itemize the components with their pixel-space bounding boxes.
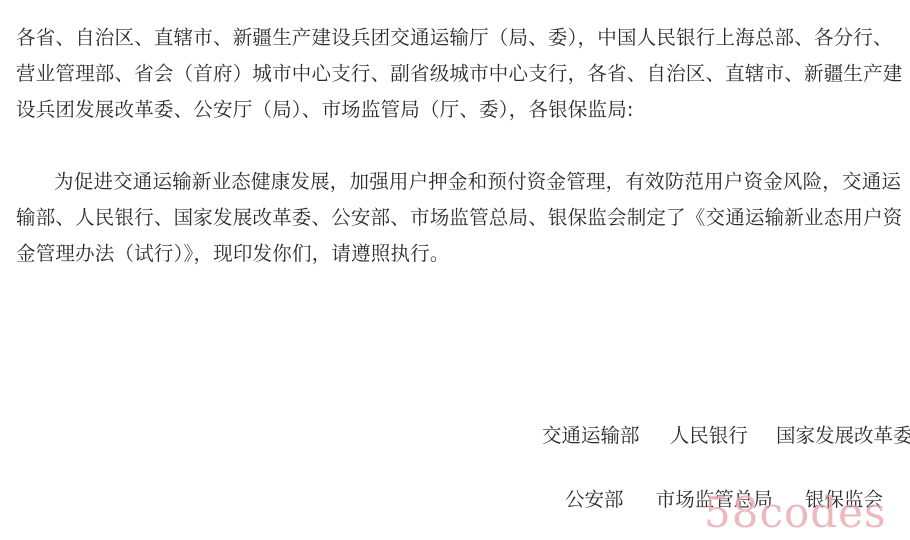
paragraph-gap [16, 128, 896, 164]
addressee-line-2: 营业管理部、省会（首府）城市中心支行、副省级城市中心支行，各省、自治区、直辖市、… [16, 56, 896, 92]
watermark: 58codes [704, 488, 887, 538]
body-line-1: 为促进交通运输新业态健康发展，加强用户押金和预付资金管理，有效防范用户资金风险，… [16, 164, 896, 200]
signature-peoples-bank: 人民银行 [670, 420, 748, 448]
signature-ministry-of-transport: 交通运输部 [542, 420, 640, 448]
addressee-line-1: 各省、自治区、直辖市、新疆生产建设兵团交通运输厅（局、委），中国人民银行上海总部… [16, 20, 896, 56]
document-body: 各省、自治区、直辖市、新疆生产建设兵团交通运输厅（局、委），中国人民银行上海总部… [16, 20, 896, 272]
signature-ndrc: 国家发展改革委 [776, 420, 910, 448]
body-line-2: 输部、人民银行、国家发展改革委、公安部、市场监管总局、银保监会制定了《交通运输新… [16, 200, 896, 236]
addressee-line-3: 设兵团发展改革委、公安厅（局）、市场监管局（厅、委），各银保监局: [16, 92, 896, 128]
signature-line-1: 交通运输部 人民银行 国家发展改革委 [542, 420, 910, 448]
signature-ministry-of-public-security: 公安部 [565, 484, 624, 512]
body-line-3: 金管理办法（试行）》，现印发你们，请遵照执行。 [16, 236, 896, 272]
